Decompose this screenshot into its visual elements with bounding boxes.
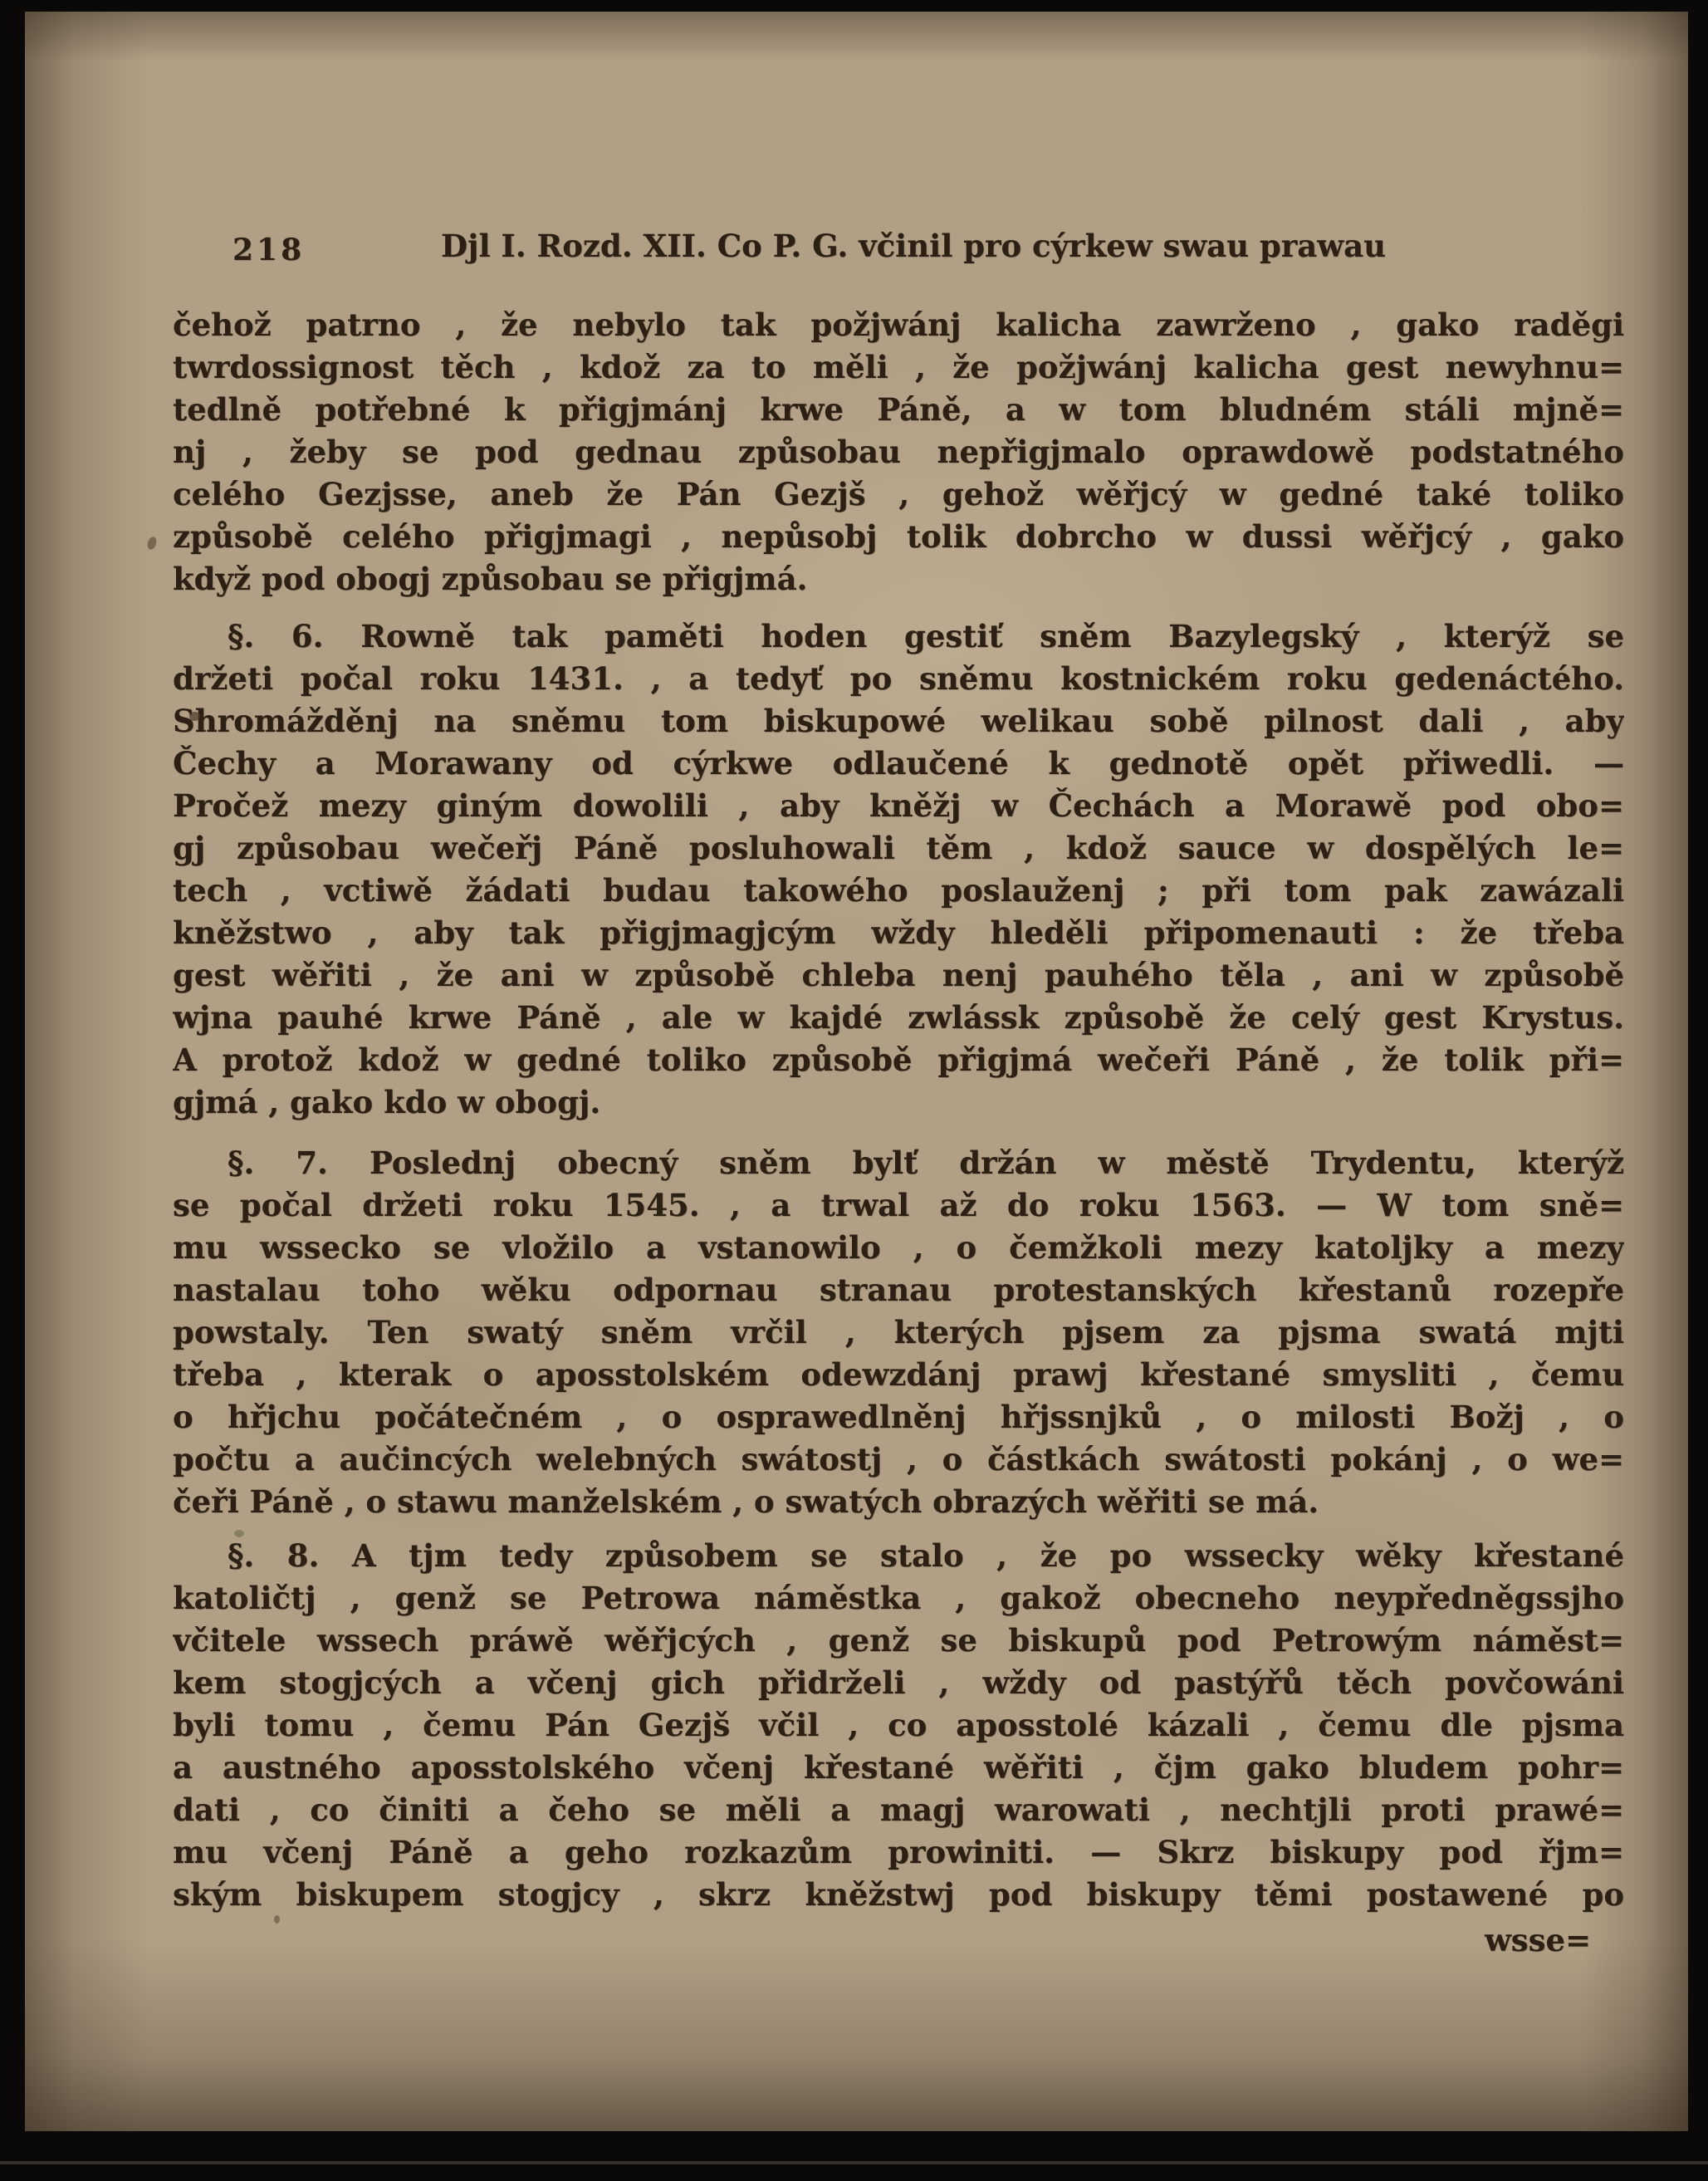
body-text: čehož patrno , že nebylo tak požjwánj ka… xyxy=(173,304,1624,1962)
text-line: třeba , kterak o aposstolském odewzdánj … xyxy=(173,1354,1624,1396)
text-line: čeři Páně , o stawu manželském , o swatý… xyxy=(173,1481,1624,1523)
text-line: celého Gezjsse, aneb že Pán Gezjš , geho… xyxy=(173,473,1624,516)
scan-border-top xyxy=(0,0,1708,12)
text-line: čehož patrno , že nebylo tak požjwánj ka… xyxy=(173,304,1624,346)
scan-border-left xyxy=(0,0,25,2181)
paragraphs: čehož patrno , že nebylo tak požjwánj ka… xyxy=(173,304,1624,1916)
scanner-edge-line xyxy=(0,2161,1708,2164)
text-line: katoličtj , genž se Petrowa náměstka , g… xyxy=(173,1577,1624,1620)
page-surface: 218 Djl I. Rozd. XII. Co P. G. včinil pr… xyxy=(25,12,1688,2131)
ink-speck xyxy=(234,1530,244,1537)
text-line: kem stogjcých a včenj gich přidrželi , w… xyxy=(173,1662,1624,1704)
text-line: gj způsobau wečeřj Páně posluhowali těm … xyxy=(173,827,1624,870)
text-line: počtu a aučincých welebných swátostj , o… xyxy=(173,1438,1624,1481)
text-line: tech , vctiwě žádati budau takowého posl… xyxy=(173,870,1624,912)
paragraph: §. 6. Rowně tak paměti hoden gestiť sněm… xyxy=(173,615,1624,1124)
text-line: se počal držeti roku 1545. , a trwal až … xyxy=(173,1184,1624,1227)
text-line: §. 8. A tjm tedy způsobem se stalo , že … xyxy=(173,1535,1624,1577)
text-line: nj , žeby se pod gednau způsobau nepřigj… xyxy=(173,431,1624,473)
paragraph: §. 8. A tjm tedy způsobem se stalo , že … xyxy=(173,1535,1624,1916)
paragraph: §. 7. Poslednj obecný sněm bylť držán w … xyxy=(173,1142,1624,1523)
text-line: nastalau toho wěku odpornau stranau prot… xyxy=(173,1269,1624,1311)
text-line: powstaly. Ten swatý sněm vrčil , kterých… xyxy=(173,1311,1624,1354)
text-line: gjmá , gako kdo w obogj. xyxy=(173,1081,1624,1124)
text-line: včitele wssech práwě wěřjcých , genž se … xyxy=(173,1620,1624,1662)
text-line: o hřjchu počátečném , o osprawedlněnj hř… xyxy=(173,1396,1624,1438)
text-line: když pod obogj způsobau se přigjmá. xyxy=(173,558,1624,600)
text-line: a austného aposstolského včenj křestané … xyxy=(173,1747,1624,1789)
running-title: Djl I. Rozd. XII. Co P. G. včinil pro cý… xyxy=(382,228,1445,264)
text-line: mu včenj Páně a geho rozkazům prowiniti.… xyxy=(173,1831,1624,1874)
text-line: dati , co činiti a čeho se měli a magj w… xyxy=(173,1789,1624,1831)
text-line: ským biskupem stogjcy , skrz kněžstwj po… xyxy=(173,1874,1624,1916)
text-line: twrdossignost těch , kdož za to měli , ž… xyxy=(173,346,1624,389)
text-line: Shromážděnj na sněmu tom biskupowé welik… xyxy=(173,700,1624,743)
text-line: Čechy a Morawany od cýrkwe odlaučené k g… xyxy=(173,743,1624,785)
text-line: Pročež mezy giným dowolili , aby kněžj w… xyxy=(173,785,1624,827)
text-line: gest wěřiti , že ani w způsobě chleba ne… xyxy=(173,954,1624,997)
scan-border-right xyxy=(1688,0,1708,2181)
text-line: kněžstwo , aby tak přigjmagjcým wždy hle… xyxy=(173,912,1624,954)
text-line: držeti počal roku 1431. , a tedyť po sně… xyxy=(173,658,1624,700)
text-line: A protož kdož w gedné toliko způsobě při… xyxy=(173,1039,1624,1081)
text-line: byli tomu , čemu Pán Gezjš včil , co apo… xyxy=(173,1704,1624,1747)
scan-border-bottom xyxy=(0,2131,1708,2181)
text-line: tedlně potřebné k přigjmánj krwe Páně, a… xyxy=(173,389,1624,431)
ink-speck xyxy=(274,1915,280,1924)
text-line: způsobě celého přigjmagi , nepůsobj toli… xyxy=(173,516,1624,558)
paragraph: čehož patrno , že nebylo tak požjwánj ka… xyxy=(173,304,1624,600)
text-line: wjna pauhé krwe Páně , ale w kajdé zwlás… xyxy=(173,997,1624,1039)
ink-speck xyxy=(189,712,200,721)
text-line: mu wssecko se vložilo a vstanowilo , o č… xyxy=(173,1227,1624,1269)
text-line: §. 7. Poslednj obecný sněm bylť držán w … xyxy=(173,1142,1624,1184)
catchword: wsse= xyxy=(173,1919,1624,1962)
ink-speck xyxy=(146,536,158,551)
text-line: §. 6. Rowně tak paměti hoden gestiť sněm… xyxy=(173,615,1624,658)
page-number: 218 xyxy=(232,233,305,267)
